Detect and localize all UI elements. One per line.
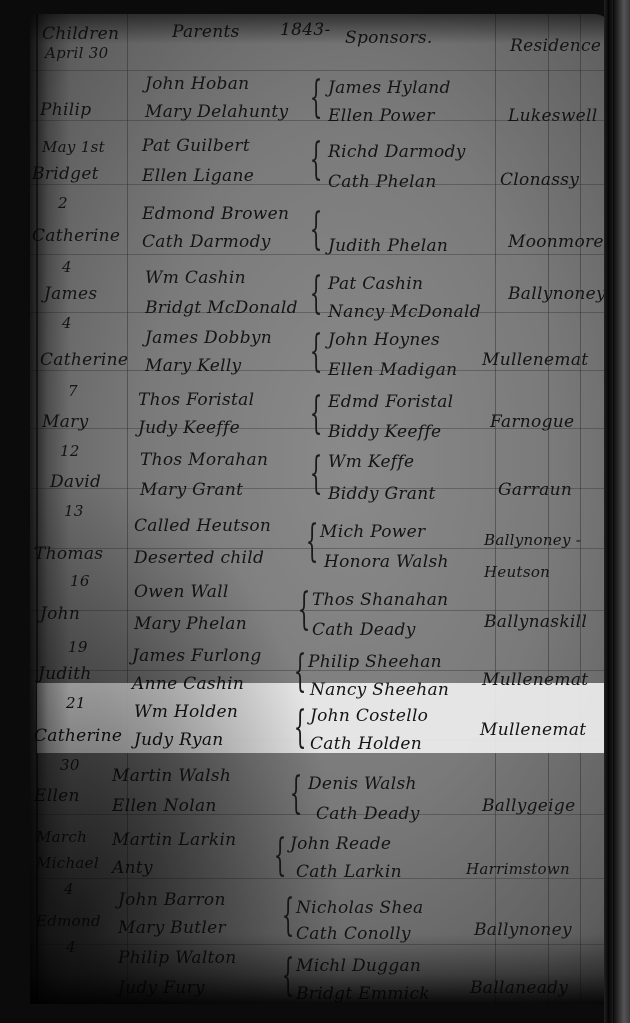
- entry-sponsor1: Pat Cashin: [328, 274, 423, 294]
- entry-sponsor2: Bridgt Emmick: [296, 984, 430, 1004]
- column-rule: [580, 14, 581, 1004]
- entry-mother: Cath Darmody: [142, 232, 271, 252]
- entry-sponsor2: Ellen Madigan: [328, 360, 457, 380]
- entry-sponsor1: Edmd Foristal: [328, 392, 453, 412]
- entry-mother: Bridgt McDonald: [145, 298, 298, 318]
- entry-sponsor2: Cath Phelan: [328, 172, 437, 192]
- entry-father: John Hoban: [145, 74, 249, 94]
- entry-residence: Ballynoney - Heutson: [484, 524, 604, 588]
- entry-child: Ellen: [34, 786, 80, 806]
- brace-icon: {: [294, 650, 307, 694]
- adjacent-page-edge: [614, 0, 630, 1023]
- brace-icon: {: [306, 520, 319, 564]
- entry-sponsor2: Ellen Power: [328, 106, 435, 126]
- entry-child: Michael: [36, 854, 99, 872]
- entry-date: 7: [68, 382, 78, 400]
- entry-date: 16: [70, 572, 90, 590]
- entry-child: Catherine: [34, 726, 122, 746]
- entry-father: Edmond Browen: [142, 204, 289, 224]
- entry-mother: Deserted child: [134, 548, 264, 568]
- entry-date: March: [36, 828, 87, 846]
- header-parents: Parents: [172, 22, 240, 42]
- entry-date: 21: [66, 694, 86, 712]
- entry-residence: Ballynoney: [508, 284, 606, 304]
- brace-icon: {: [310, 208, 323, 252]
- entry-sponsor1: Thos Shanahan: [312, 590, 448, 610]
- entry-residence: Moonmore: [508, 232, 604, 252]
- entry-sponsor2: Honora Walsh: [324, 552, 449, 572]
- entry-sponsor1: Nicholas Shea: [296, 898, 423, 918]
- entry-mother: Ellen Nolan: [112, 796, 217, 816]
- entry-sponsor1: Mich Power: [320, 522, 425, 542]
- entry-mother: Mary Grant: [140, 480, 243, 500]
- entry-date: 30: [60, 756, 80, 774]
- entry-father: Wm Holden: [134, 702, 238, 722]
- entry-child: Judith: [38, 664, 92, 684]
- entry-sponsor1: Wm Keffe: [328, 452, 414, 472]
- entry-mother: Judy Ryan: [134, 730, 224, 750]
- entry-date: 4: [62, 258, 72, 276]
- entry-child: Thomas: [34, 544, 103, 564]
- column-rule: [548, 14, 549, 1004]
- entry-father: Owen Wall: [134, 582, 229, 602]
- entry-date: April 30: [45, 44, 108, 62]
- entry-child: David: [50, 472, 101, 492]
- entry-sponsor1: John Costello: [310, 706, 428, 726]
- entry-sponsor1: Michl Duggan: [296, 956, 421, 976]
- entry-date: 2: [58, 194, 68, 212]
- register-page: Children Parents 1843- Sponsors. Residen…: [30, 14, 612, 1004]
- entry-child: Catherine: [40, 350, 128, 370]
- brace-icon: {: [310, 272, 323, 316]
- entry-residence: Ballaneady: [470, 978, 568, 998]
- entry-date: 4: [66, 938, 76, 956]
- entry-sponsor2: Nancy Sheehan: [310, 680, 449, 700]
- entry-sponsor2: Cath Holden: [310, 734, 422, 754]
- brace-icon: {: [310, 392, 323, 436]
- entry-residence: Ballynaskill: [484, 612, 587, 632]
- brace-icon: {: [298, 588, 311, 632]
- entry-child: Mary: [42, 412, 88, 432]
- entry-mother: Anty: [112, 858, 153, 878]
- entry-date: 13: [64, 502, 84, 520]
- entry-child: Edmond: [36, 912, 101, 930]
- brace-icon: {: [274, 834, 287, 878]
- entry-mother: Anne Cashin: [132, 674, 244, 694]
- entry-residence: Mullenemat: [480, 720, 586, 740]
- entry-residence: Mullenemat: [482, 350, 588, 370]
- entry-sponsor1: Richd Darmody: [328, 142, 466, 162]
- entry-father: Philip Walton: [118, 948, 236, 968]
- brace-icon: {: [310, 76, 323, 120]
- entry-father: Martin Walsh: [112, 766, 231, 786]
- entry-mother: Judy Keeffe: [138, 418, 240, 438]
- entry-residence: Ballynoney: [474, 920, 572, 940]
- entry-residence: Farnogue: [490, 412, 574, 432]
- entry-father: James Furlong: [132, 646, 262, 666]
- brace-icon: {: [310, 330, 323, 374]
- entry-residence: Ballygeige: [482, 796, 575, 816]
- entry-sponsor2: Nancy McDonald: [328, 302, 481, 322]
- entry-father: Pat Guilbert: [142, 136, 250, 156]
- entry-sponsor2: Cath Deady: [316, 804, 420, 824]
- entry-date: 4: [64, 880, 74, 898]
- entry-sponsor1: James Hyland: [328, 78, 451, 98]
- entry-sponsor2: Judith Phelan: [328, 236, 448, 256]
- entry-residence: Garraun: [498, 480, 572, 500]
- entry-residence: Lukeswell: [508, 106, 598, 126]
- brace-icon: {: [310, 452, 323, 496]
- entry-mother: Mary Kelly: [145, 356, 241, 376]
- rule-line: [30, 70, 612, 71]
- rule-line: [30, 944, 612, 945]
- entry-residence: Harrimstown: [466, 860, 570, 878]
- column-rule: [127, 14, 128, 1004]
- header-residence: Residence: [510, 36, 601, 56]
- entry-father: Martin Larkin: [112, 830, 236, 850]
- header-year: 1843-: [280, 20, 331, 40]
- entry-sponsor2: Cath Conolly: [296, 924, 411, 944]
- header-sponsors: Sponsors.: [345, 28, 433, 48]
- brace-icon: {: [290, 772, 303, 816]
- entry-father: Thos Foristal: [138, 390, 254, 410]
- entry-mother: Judy Fury: [118, 978, 205, 998]
- entry-child: Philip: [40, 100, 91, 120]
- entry-sponsor1: Denis Walsh: [308, 774, 417, 794]
- header-children: Children: [42, 24, 119, 44]
- entry-mother: Mary Delahunty: [145, 102, 288, 122]
- entry-child: James: [44, 284, 97, 304]
- entry-mother: Mary Phelan: [134, 614, 247, 634]
- entry-sponsor2: Biddy Grant: [328, 484, 436, 504]
- entry-date: 12: [60, 442, 80, 460]
- entry-father: Wm Cashin: [145, 268, 246, 288]
- entry-sponsor1: John Reade: [290, 834, 391, 854]
- brace-icon: {: [282, 894, 295, 938]
- entry-date: 19: [68, 638, 88, 656]
- entry-date: 4: [62, 314, 72, 332]
- brace-icon: {: [294, 706, 307, 750]
- entry-sponsor2: Biddy Keeffe: [328, 422, 441, 442]
- rule-line: [30, 610, 612, 611]
- entry-father: Called Heutson: [134, 516, 271, 536]
- entry-child: Catherine: [32, 226, 120, 246]
- entry-child: Bridget: [32, 164, 99, 184]
- entry-residence: Mullenemat: [482, 670, 588, 690]
- entry-father: Thos Morahan: [140, 450, 268, 470]
- entry-sponsor1: John Hoynes: [328, 330, 440, 350]
- entry-sponsor2: Cath Deady: [312, 620, 416, 640]
- brace-icon: {: [310, 138, 323, 182]
- entry-sponsor1: Philip Sheehan: [308, 652, 442, 672]
- column-rule: [495, 14, 496, 1004]
- brace-icon: {: [282, 954, 295, 998]
- entry-date: May 1st: [42, 138, 105, 156]
- entry-child: John: [40, 604, 80, 624]
- book-spine-edge: [604, 0, 613, 1023]
- entry-father: James Dobbyn: [145, 328, 272, 348]
- entry-mother: Ellen Ligane: [142, 166, 254, 186]
- entry-mother: Mary Butler: [118, 918, 226, 938]
- entry-father: John Barron: [118, 890, 226, 910]
- entry-sponsor2: Cath Larkin: [296, 862, 402, 882]
- entry-residence: Clonassy: [500, 170, 579, 190]
